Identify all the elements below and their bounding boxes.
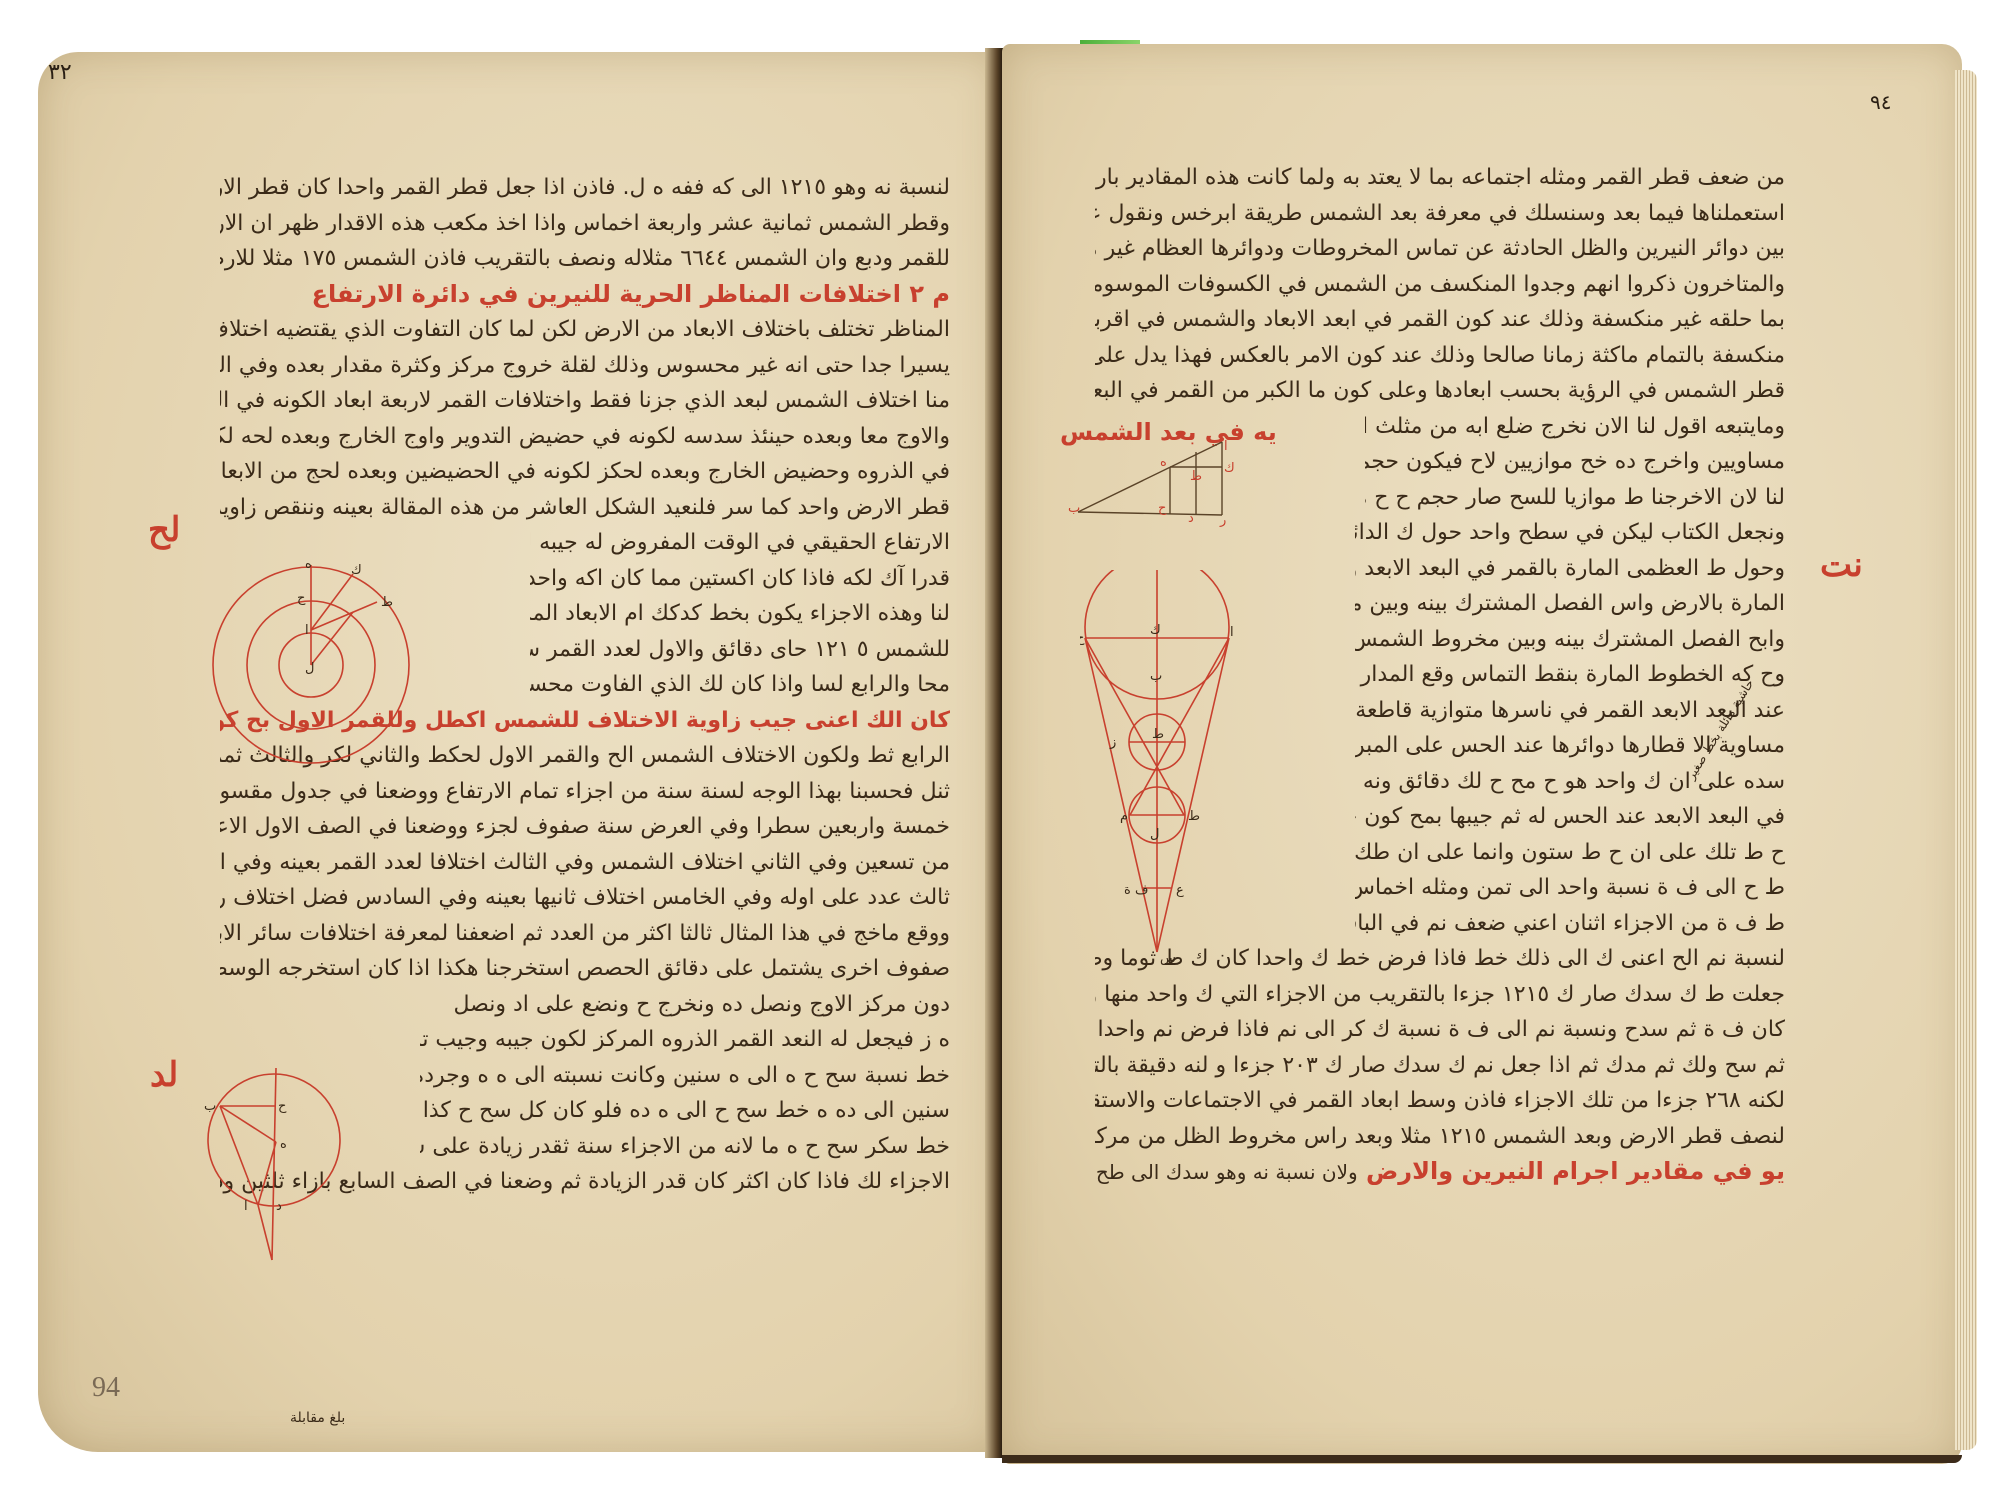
svg-text:م: م [1120, 809, 1128, 824]
text-line: بما حلقه غير منكسفة وذلك عند كون القمر ف… [1095, 302, 1785, 338]
svg-text:ا: ا [1224, 440, 1228, 454]
text-line: خط نسبة سح ح ه الى ه سنين وكانت نسبته ال… [420, 1058, 950, 1094]
text-line: ط ح الى ف ة نسبة واحد الى تمن ومثله اخما… [1355, 870, 1785, 906]
svg-text:ه: ه [305, 560, 312, 572]
left-margin-note: لد [150, 1055, 178, 1095]
svg-text:ب: ب [204, 1099, 216, 1114]
text-line: من ضعف قطر القمر ومثله اجتماعه بما لا يع… [1095, 160, 1785, 196]
svg-text:ل: ل [1150, 827, 1159, 842]
svg-text:ح: ح [1158, 501, 1167, 516]
cover-edge [1002, 1455, 1962, 1463]
text-line: محا والرابع لسا واذا كان لك الذي الفاوت … [530, 667, 950, 703]
text-line: قطر الشمس في الرؤية بحسب ابعادها وعلى كو… [1095, 373, 1785, 409]
svg-text:ك: ك [351, 563, 362, 578]
svg-text:ف ة: ف ة [1124, 883, 1148, 898]
text-line: يسيرا جدا حتى انه غير محسوس وذلك لقلة خر… [220, 348, 950, 384]
text-line: للشمس ٥ ١٢١ حاى دقائق والاول لعدد القمر … [530, 632, 950, 668]
text-line: المناظر تختلف باختلاف الابعاد من الارض ل… [220, 312, 950, 348]
text-line: وقطر الشمس ثمانية عشر واربعة اخماس واذا … [220, 206, 950, 242]
text-line: ونجعل الكتاب ليكن في سطح واحد حول ك الدا… [1355, 515, 1785, 551]
text-line: استعملناها فيما بعد وسنسلك في معرفة بعد … [1095, 196, 1785, 232]
text-line: من تسعين وفي الثاني اختلاف الشمس وفي الث… [220, 845, 950, 881]
text-line: سنين الى ده ه خط سح ح الى ه ده فلو كان ك… [420, 1093, 950, 1129]
text-line: مساويين واخرج ده خح موازيين لاح فيكون حج… [1365, 444, 1785, 480]
text-line: منا اختلاف الشمس لبعد الذي جزنا فقط واخت… [220, 383, 950, 419]
svg-text:ب: ب [1150, 669, 1162, 684]
right-page-number: ٩٤ [1870, 90, 1891, 114]
svg-text:ا: ا [244, 1199, 248, 1214]
svg-text:ح: ح [1080, 631, 1085, 646]
text-line: للقمر ودبع وان الشمس ٦٦٤٤ مثلاله ونصف با… [220, 241, 950, 277]
text-line: قطر الارض واحد كما سر فلنعيد الشكل العاش… [220, 490, 950, 526]
svg-text:ا: ا [1230, 625, 1234, 640]
section-heading: م ٢ اختلافات المناظر الحرية للنيرين في د… [220, 277, 950, 313]
svg-text:ح: ح [278, 1099, 287, 1114]
svg-text:ر: ر [1219, 513, 1226, 528]
triangle-diagram: اهط كبح در [1060, 440, 1260, 560]
svg-text:د: د [1188, 511, 1194, 526]
svg-text:س: س [1160, 951, 1176, 966]
text-line: وحول ط العظمى المارة بالقمر في البعد الا… [1355, 551, 1785, 587]
heading-text: م ٢ اختلافات المناظر الحرية للنيرين في د… [312, 280, 950, 308]
text-line: قدرا آك لكه فاذا كان اكستين مما كان اكه … [530, 561, 950, 597]
text-line: لنسبة نه وهو ١٢١٥ الى كه ففه ه ل. فاذن ا… [220, 170, 950, 206]
svg-text:ه: ه [280, 1137, 287, 1152]
text-line: ه ز فيجعل له النعد القمر الذروه المركز ل… [420, 1022, 950, 1058]
concentric-circles-diagram: هحا كطل [205, 560, 475, 830]
right-margin-note: نت [1820, 545, 1863, 585]
text-line: بين دوائر النيرين والظل الحادثة عن تماس … [1095, 231, 1785, 267]
collation-note: بلغ مقابلة [290, 1410, 345, 1426]
text-line: ثالث عدد على اوله وفي الخامس اختلاف ثاني… [220, 880, 950, 916]
text-line: المارة بالارض واس الفصل المشترك بينه وبي… [1355, 586, 1785, 622]
text-line: وابح الفصل المشترك بينه وبين مخروط الشمس… [1355, 622, 1785, 658]
text-line: ومايتبعه اقول لنا الان نخرج ضلع ابه من م… [1365, 409, 1785, 445]
svg-text:ط: ط [1190, 469, 1202, 484]
text-line: الارتفاع الحقيقي في الوقت المفروض له جيب… [530, 525, 950, 561]
text-line: في الذروه وحضيض الخارج وبعده لحكز لكونه … [220, 454, 950, 490]
svg-text:ا: ا [305, 623, 309, 638]
text-line: والاوج معا وبعده حينئذ سدسه لكونه في حضي… [220, 419, 950, 455]
svg-text:ه: ه [1160, 455, 1167, 470]
text-line: خط سكر سح ح ه ما لانه من الاجزاء سنة ثقد… [420, 1129, 950, 1165]
text-line: لنا وهذه الاجزاء يكون بخط كدكك ام الابعا… [530, 596, 950, 632]
text-line: دون مركز الاوج ونصل ده ونخرج ح ونضع على … [420, 987, 950, 1023]
heading-text: يو في مقادير اجرام النيرين والارض [1366, 1157, 1785, 1185]
svg-text:د: د [276, 1199, 282, 1214]
text-line: صفوف اخرى يشتمل على دقائق الحصص استخرجنا… [220, 951, 950, 987]
open-manuscript: ٣٢ 94 لنسبة نه وهو ١٢١٥ الى كه ففه ه ل. … [0, 0, 2000, 1486]
text-line: منكسفة بالتمام ماكثة زمانا صالحا وذلك عن… [1095, 338, 1785, 374]
fore-edge-pages [1955, 70, 1977, 1450]
svg-text:ط: ط [1152, 727, 1164, 742]
svg-text:ح: ح [297, 591, 306, 606]
svg-text:ط: ط [381, 595, 393, 610]
svg-text:ط: ط [1188, 809, 1200, 824]
left-page-number: ٣٢ [48, 60, 72, 85]
pencil-folio-number: 94 [92, 1372, 120, 1404]
svg-text:ك: ك [1224, 461, 1235, 476]
text-line: ووقع ماخج في هذا المثال ثالثا اكثر من ال… [220, 916, 950, 952]
svg-text:ز: ز [1109, 735, 1116, 750]
left-margin-note: لح [148, 510, 180, 550]
text-line: لنا لان الاخرجنا ط موازيا للسح صار حجم ح… [1365, 480, 1785, 516]
svg-text:ك: ك [1150, 623, 1161, 638]
svg-text:ل: ل [305, 661, 314, 676]
svg-text:ع: ع [1176, 883, 1184, 898]
text-line: وح كه الخطوط المارة بنقط التماس وقع المد… [1355, 657, 1785, 693]
text-line: والمتاخرون ذكروا انهم وجدوا المنكسف من ا… [1095, 267, 1785, 303]
svg-text:ب: ب [1068, 501, 1080, 516]
epicycle-diagram: بحه اد [200, 1060, 390, 1300]
text-line: ط ف ة من الاجزاء اثنان اعني ضعف نم في ال… [1355, 906, 1785, 942]
shadow-cone-diagram: حاك بطز مطل عف ةس [1080, 570, 1270, 1170]
